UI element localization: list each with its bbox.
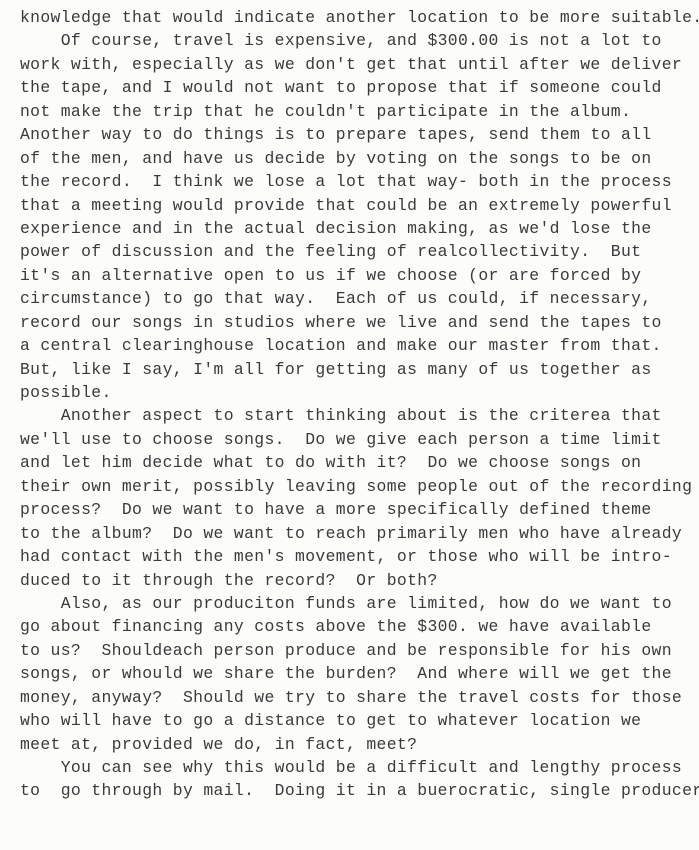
text-line: had contact with the men's movement, or …: [20, 545, 699, 568]
text-line: Another aspect to start thinking about i…: [20, 404, 699, 427]
text-line: the record. I think we lose a lot that w…: [20, 170, 699, 193]
text-line: duced to it through the record? Or both?: [20, 569, 699, 592]
text-line: record our songs in studios where we liv…: [20, 311, 699, 334]
text-line: to go through by mail. Doing it in a bue…: [20, 779, 699, 802]
text-line: go about financing any costs above the $…: [20, 615, 699, 638]
text-line: of the men, and have us decide by voting…: [20, 147, 699, 170]
text-line: circumstance) to go that way. Each of us…: [20, 287, 699, 310]
text-line: work with, especially as we don't get th…: [20, 53, 699, 76]
text-line: who will have to go a distance to get to…: [20, 709, 699, 732]
text-line: process? Do we want to have a more speci…: [20, 498, 699, 521]
text-line: experience and in the actual decision ma…: [20, 217, 699, 240]
text-line: the tape, and I would not want to propos…: [20, 76, 699, 99]
typewritten-text-body: knowledge that would indicate another lo…: [20, 6, 699, 803]
text-line: Another way to do things is to prepare t…: [20, 123, 699, 146]
text-line: to us? Shouldeach person produce and be …: [20, 639, 699, 662]
text-line: possible.: [20, 381, 699, 404]
text-line: to the album? Do we want to reach primar…: [20, 522, 699, 545]
text-line: not make the trip that he couldn't parti…: [20, 100, 699, 123]
text-line: Also, as our produciton funds are limite…: [20, 592, 699, 615]
text-line: knowledge that would indicate another lo…: [20, 6, 699, 29]
text-line: meet at, provided we do, in fact, meet?: [20, 733, 699, 756]
text-line: we'll use to choose songs. Do we give ea…: [20, 428, 699, 451]
text-line: You can see why this would be a difficul…: [20, 756, 699, 779]
document-page: knowledge that would indicate another lo…: [0, 0, 699, 850]
text-line: money, anyway? Should we try to share th…: [20, 686, 699, 709]
text-line: Of course, travel is expensive, and $300…: [20, 29, 699, 52]
text-line: their own merit, possibly leaving some p…: [20, 475, 699, 498]
text-line: a central clearinghouse location and mak…: [20, 334, 699, 357]
text-line: songs, or whould we share the burden? An…: [20, 662, 699, 685]
text-line: that a meeting would provide that could …: [20, 194, 699, 217]
text-line: it's an alternative open to us if we cho…: [20, 264, 699, 287]
text-line: power of discussion and the feeling of r…: [20, 240, 699, 263]
text-line: But, like I say, I'm all for getting as …: [20, 358, 699, 381]
text-line: and let him decide what to do with it? D…: [20, 451, 699, 474]
